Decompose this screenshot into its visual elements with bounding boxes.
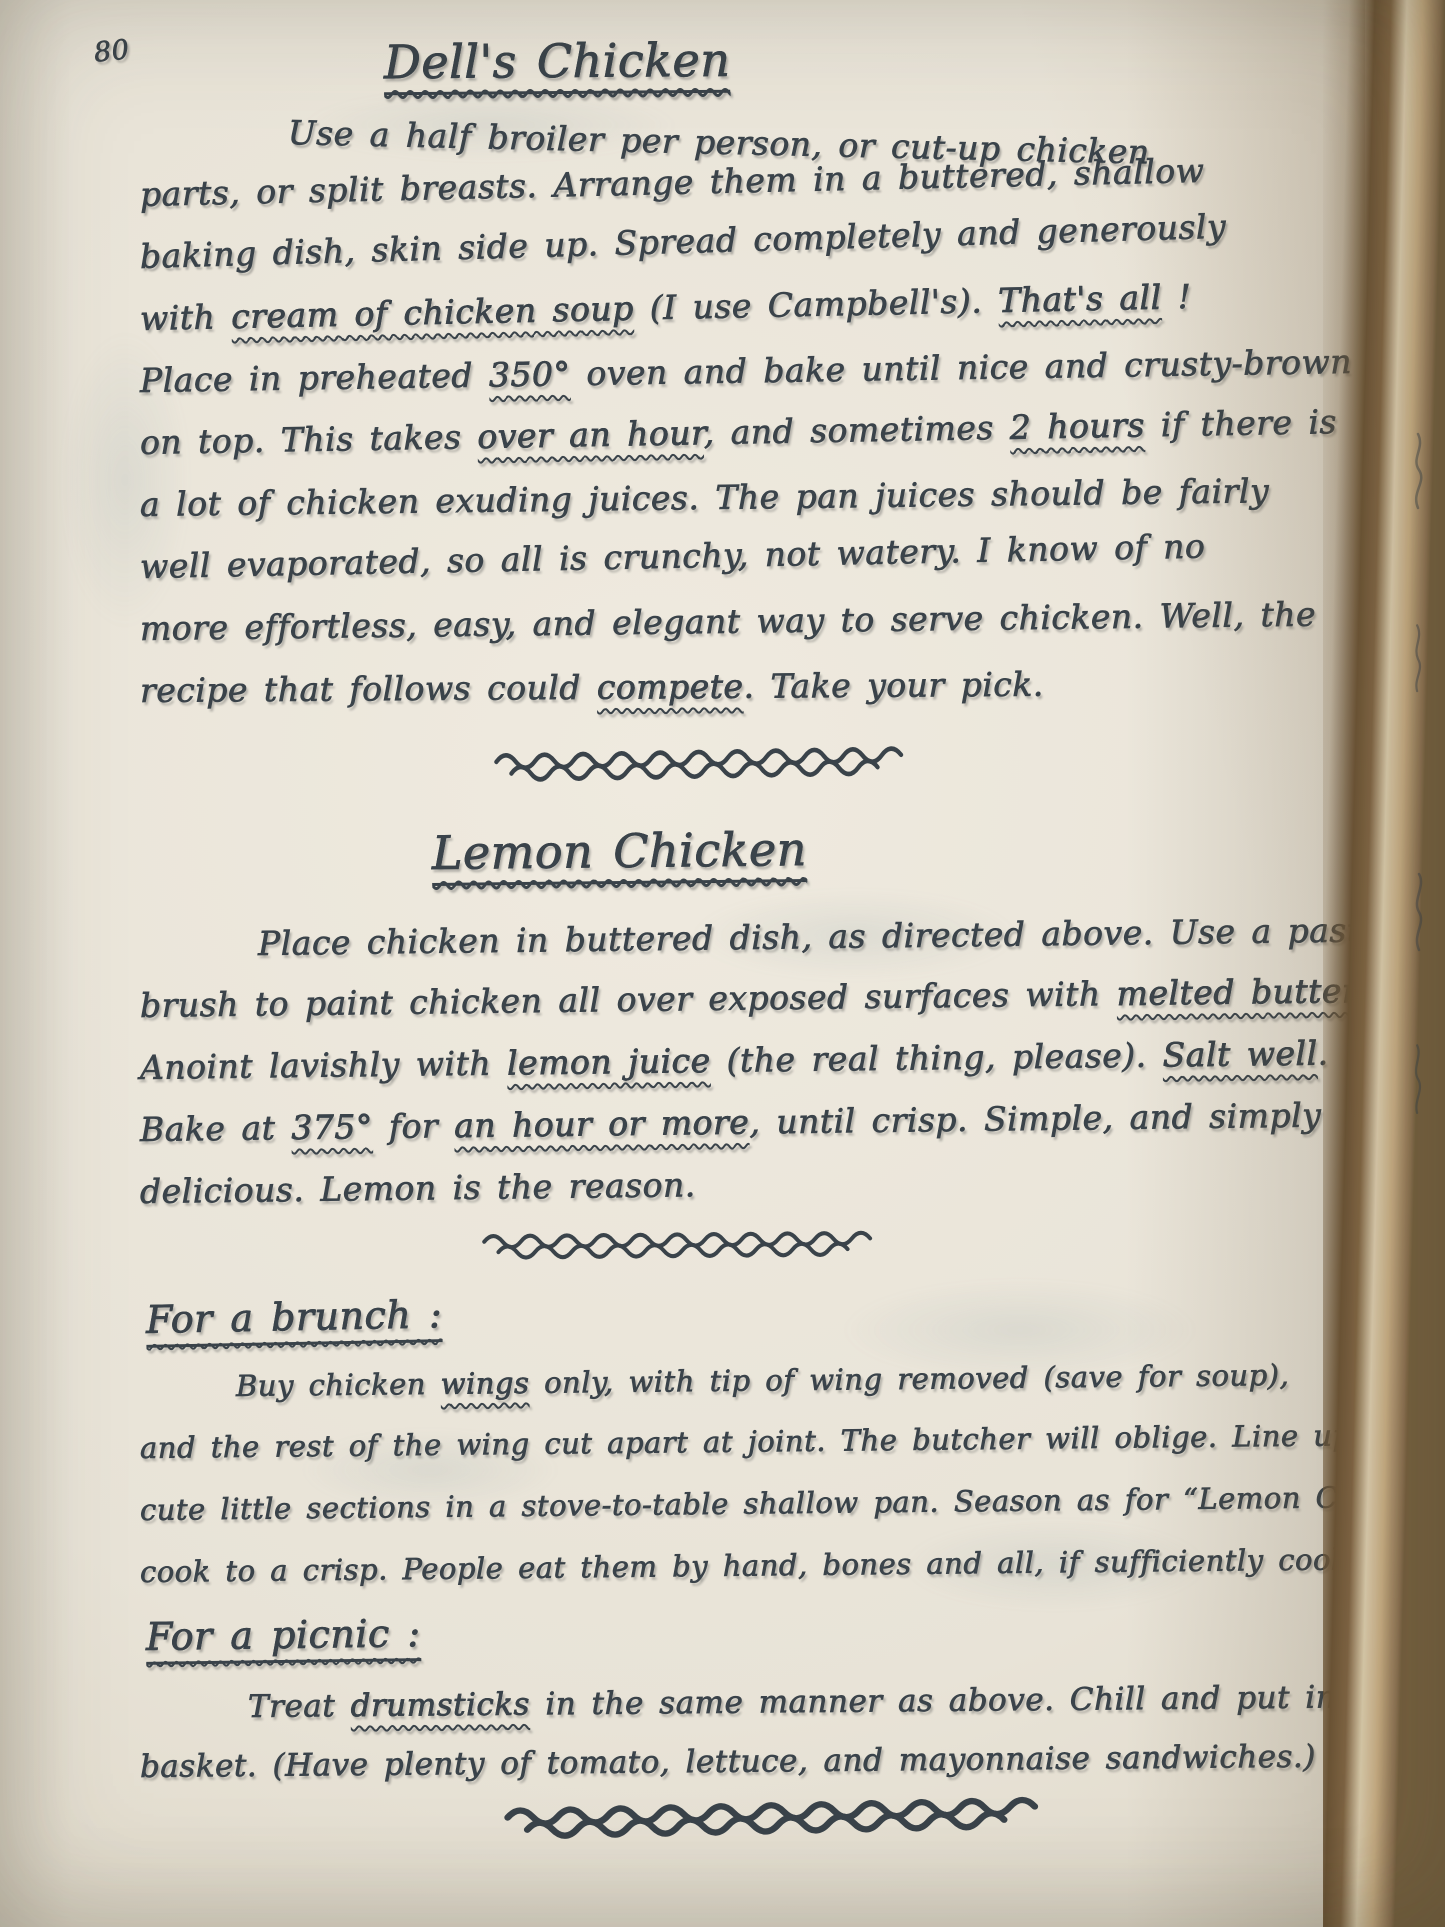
text-segment: more effortless, easy, and elegant way t… [140,594,1316,647]
brunch-body: Buy chicken wings only, with tip of wing… [140,1355,1430,1603]
underlined-text: cream of chicken soup [231,288,634,335]
text-segment: basket. (Have plenty of tomato, lettuce,… [140,1736,1445,1785]
recipe-title-lemon-chicken: Lemon Chicken [432,824,807,886]
text-segment: , and sometimes [703,407,1010,451]
text-segment: Place chicken in buttered dish, as direc… [258,910,1397,963]
text-segment: Buy chicken [236,1367,441,1403]
underlined-text: wings [440,1366,529,1401]
text-segment: (the real thing, please). [710,1036,1163,1081]
text-segment: Place in preheated [140,355,490,399]
text-segment: . [1317,1034,1328,1073]
handwritten-line: recipe that follows could compete. Take … [140,651,1430,722]
underlined-text: an hour or more [454,1103,750,1146]
text-segment: only, with tip of wing removed (save for… [529,1358,1289,1400]
underlined-text: Salt well [1162,1034,1317,1075]
text-segment: brush to paint chicken all over exposed … [140,974,1117,1025]
text-segment: ! [1161,277,1192,317]
picnic-body: Treat drumsticks in the same manner as a… [140,1677,1430,1797]
recipe-body-lemon-chicken: Place chicken in buttered dish, as direc… [140,913,1430,1223]
text-segment: on top. This takes [140,417,478,462]
text-segment: oven and bake until nice and crusty-brow… [570,342,1352,393]
text-segment: recipe that follows could [140,667,597,709]
subheading-for-a-brunch: For a brunch : [146,1294,443,1347]
text-segment: in the same manner as above. Chill and p… [530,1678,1445,1722]
underlined-text: melted butter [1116,971,1354,1013]
underlined-text: 350° [489,354,571,394]
recipe-title-dells-chicken: Dell's Chicken [384,35,731,95]
handwritten-line: cook to a crisp. People eat them by hand… [140,1527,1431,1603]
text-segment: well evaporated, so all is crunchy, not … [140,526,1206,585]
text-segment: and the rest of the wing cut apart at jo… [140,1418,1416,1465]
text-segment: (I use Campbell's). [633,281,998,328]
squiggle-divider [492,744,923,785]
text-segment: cook to a crisp. People eat them by hand… [140,1542,1396,1589]
page-number: 80 [92,34,130,69]
handwritten-line: basket. (Have plenty of tomato, lettuce,… [140,1726,1430,1797]
recipe-body-dells-chicken: Use a half broiler per person, or cut-up… [140,102,1430,722]
underlined-text: That's all [998,277,1162,319]
handwritten-line: Treat drumsticks in the same manner as a… [248,1666,1430,1736]
underlined-text: 375° [291,1107,373,1147]
underlined-text: lemon juice [507,1041,711,1082]
text-segment: with [140,297,232,338]
text-segment: if there is [1145,402,1338,444]
underlined-text: drumsticks [350,1686,530,1724]
text-segment: , until crisp. Simple, and simply [749,1096,1321,1142]
underlined-text: over an hour [477,413,704,456]
text-segment: cute little sections in a stove-to-table… [140,1478,1445,1527]
squiggle-divider-bold [502,1795,1063,1843]
text-segment: Treat [248,1688,351,1725]
underlined-text: compete [597,666,744,706]
underlined-text: 2 hours [1009,405,1145,446]
text-segment: . Take your pick. [743,664,1044,705]
text-segment: a lot of chicken exuding juices. The pan… [140,471,1270,524]
text-segment: delicious. Lemon is the reason. [140,1165,696,1211]
cookbook-page: 80 Dell's Chicken Use a half broiler per… [0,0,1445,1927]
subheading-for-a-picnic: For a picnic : [146,1613,421,1665]
text-segment: Anoint lavishly with [140,1044,508,1087]
text-segment: . [1354,971,1365,1010]
page-content: Dell's Chicken Use a half broiler per pe… [140,0,1430,1837]
text-segment: Bake at [140,1108,292,1149]
text-segment: for [373,1106,455,1146]
squiggle-divider [480,1229,890,1263]
